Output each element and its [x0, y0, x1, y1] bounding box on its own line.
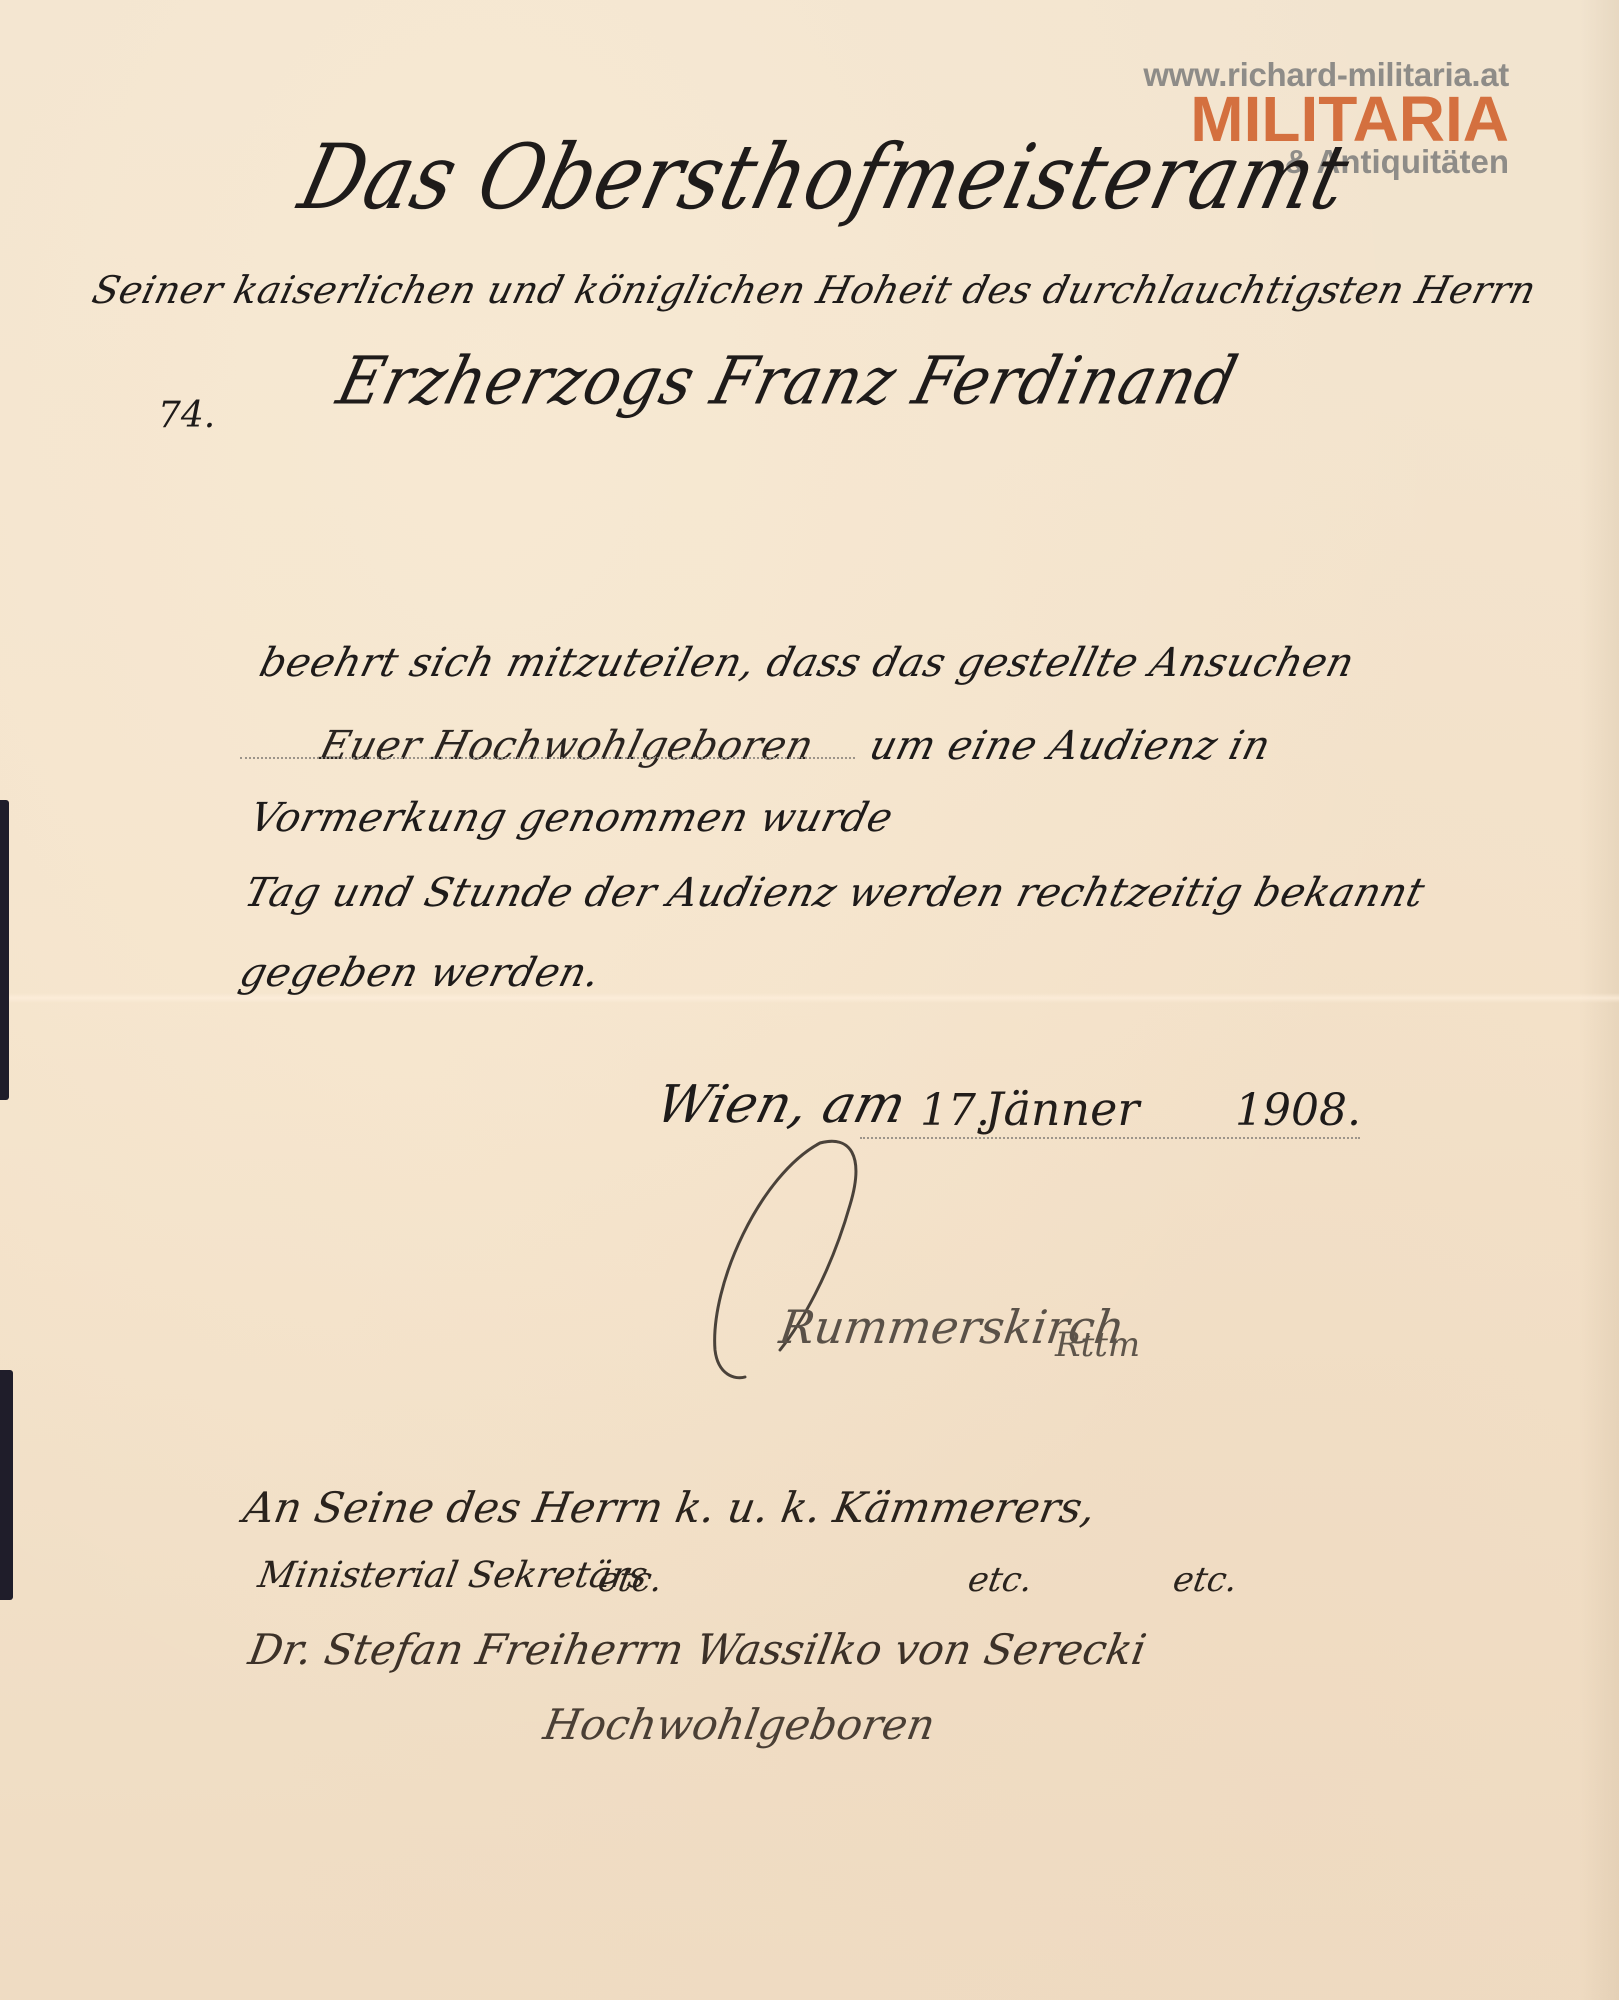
dateline-year: 1908. [1235, 1085, 1361, 1136]
address-line-1: An Seine des Herrn k. u. k. Kämmerers, [240, 1483, 1099, 1532]
body-line-2: um eine Audienz in [865, 723, 1275, 769]
fill-in-dotted-line [240, 757, 855, 759]
address-line-2: Ministerial Sekretärs [255, 1555, 651, 1596]
body-line-4: Tag und Stunde der Audienz werden rechtz… [240, 870, 1429, 916]
body-line-5: gegeben werden. [235, 950, 605, 996]
letterhead-title: Das Obersthofmeisteramt [290, 127, 1359, 231]
address-etc: etc. [1170, 1560, 1241, 1600]
dateline-month: Jänner [985, 1082, 1139, 1136]
letterhead-subtitle: Seiner kaiserlichen und königlichen Hohe… [88, 268, 1541, 312]
dateline-place: Wien, am [650, 1075, 912, 1135]
body-line-1: beehrt sich mitzuteilen, dass das gestel… [255, 640, 1359, 686]
body-line-3: Vormerkung genommen wurde [245, 795, 898, 841]
body-fill-in-addressee: Euer Hochwohlgeboren [315, 723, 818, 769]
binding-strip [0, 800, 9, 1100]
address-recipient-name: Dr. Stefan Freiherrn Wassilko von Sereck… [245, 1625, 1150, 1674]
binding-strip [0, 1370, 13, 1600]
reference-number: 74. [158, 395, 215, 436]
address-honorific: Hochwohlgeboren [540, 1700, 939, 1749]
address-etc: etc. [595, 1560, 666, 1600]
letterhead-name: Erzherzogs Franz Ferdinand [330, 343, 1245, 420]
signature-rank: Rttm [1055, 1325, 1140, 1365]
dateline-day: 17. [920, 1085, 990, 1136]
date-dotted-line [860, 1137, 1360, 1139]
address-etc: etc. [965, 1560, 1036, 1600]
